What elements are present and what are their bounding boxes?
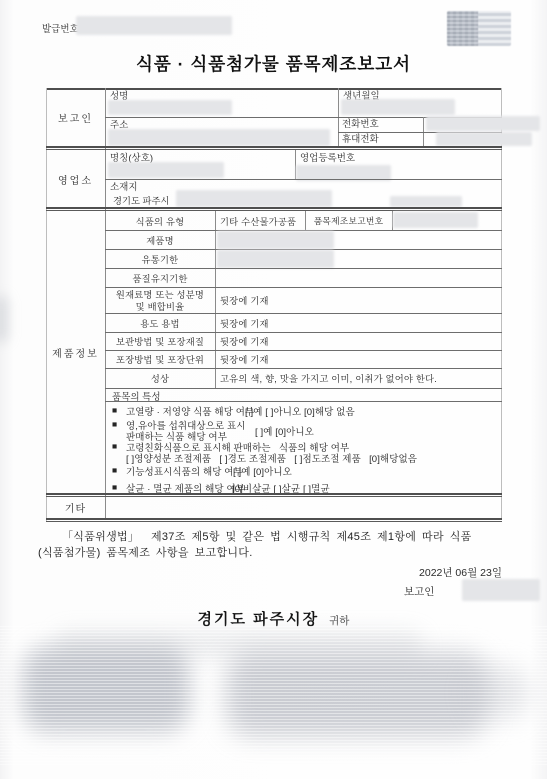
redacted-business-name	[108, 162, 224, 178]
business-location-label: 소재지	[110, 182, 138, 193]
ingredients-value: 뒷장에 기재	[215, 287, 415, 313]
characteristic-options: [ ]예 [ ]아니오 [0]해당 없음	[245, 404, 355, 418]
characteristic-options: [ ]예 [0]아니오	[233, 464, 292, 478]
shelf-life-label: 유통기한	[105, 249, 215, 268]
usage-label: 용도 용법	[105, 313, 215, 332]
redacted-report-number	[393, 212, 478, 228]
redacted-area	[470, 665, 530, 720]
table-border-line	[46, 88, 502, 90]
table-border-line	[105, 401, 502, 402]
bullet-square-icon: ■	[112, 441, 117, 451]
redacted-issue-number	[76, 16, 232, 35]
storage-value: 뒷장에 기재	[215, 332, 415, 350]
food-type-value: 기타 수산물가공품	[215, 211, 305, 230]
bullet-square-icon: ■	[112, 482, 117, 492]
reporter-phone-label: 전화번호	[342, 119, 379, 130]
characteristic-item: ■ 고령친화식품으로 표시해 판매하는 식품의 해당 여부 [ ]영양성분 조절…	[112, 440, 502, 464]
redacted-area	[226, 652, 488, 736]
redacted-address	[108, 129, 330, 146]
characteristic-options: [ ]예 [0]아니오	[255, 424, 314, 438]
quality-period-label: 품질유지기한	[105, 268, 215, 287]
table-border-line	[105, 179, 502, 180]
recipient-row: 경기도 파주시장 귀하	[0, 608, 547, 629]
declaration-line1: 「식품위생법」 제37조 제5항 및 같은 법 시행규칙 제45조 제1항에 따…	[62, 528, 472, 544]
redacted-shelf-life	[217, 250, 334, 268]
food-type-label: 식품의 유형	[105, 211, 215, 230]
section-divider	[46, 146, 502, 150]
packaging-value: 뒷장에 기재	[215, 350, 415, 368]
redacted-phone	[426, 116, 540, 131]
redacted-reporter-name	[108, 100, 232, 115]
official-stamp	[447, 11, 511, 46]
redacted-reporter-signature	[462, 579, 540, 601]
recipient-suffix: 귀하	[329, 613, 349, 628]
report-number-label: 품목제조보고번호	[305, 211, 392, 230]
issue-number-label: 발급번호	[42, 24, 79, 35]
redacted-area	[390, 196, 462, 207]
redacted-product-name	[217, 231, 334, 249]
appearance-value: 고유의 색, 향, 맛을 가지고 이미, 이취가 없어야 한다.	[215, 368, 501, 388]
bullet-square-icon: ■	[112, 405, 117, 415]
redacted-location	[176, 190, 332, 207]
characteristic-label: 고열량 · 저영양 식품 해당 여부	[126, 404, 254, 418]
redacted-area	[22, 646, 190, 732]
section-divider	[46, 493, 502, 497]
characteristic-item: ■ 고열량 · 저영양 식품 해당 여부 [ ]예 [ ]아니오 [0]해당 없…	[112, 404, 502, 418]
redacted-mobile	[436, 132, 532, 146]
document-title: 식품 · 식품첨가물 품목제조보고서	[0, 51, 547, 76]
bullet-square-icon: ■	[112, 419, 117, 429]
scan-smudge	[0, 296, 8, 342]
business-registration-label: 영업등록번호	[300, 153, 355, 164]
characteristic-item: ■ 기능성표시식품의 해당 여부 [ ]예 [0]아니오	[112, 464, 502, 478]
appearance-label: 성상	[105, 368, 215, 388]
reporter-group-label: 보고인	[46, 88, 105, 147]
packaging-label: 포장방법 및 포장단위	[105, 350, 215, 368]
business-location-value: 경기도 파주시	[113, 193, 169, 207]
scanned-document-page: 발급번호 식품 · 식품첨가물 품목제조보고서 보고인 성명 생년월일 주소 전…	[0, 0, 547, 779]
recipient-name: 경기도 파주시장	[198, 608, 320, 629]
stamp-left-half	[447, 11, 478, 46]
usage-value: 뒷장에 기재	[215, 313, 415, 332]
section-divider	[46, 518, 502, 522]
characteristic-item: ■ 영,유아를 섭취대상으로 표시 판매하는 식품 해당 여부 [ ]예 [0]…	[112, 418, 502, 442]
characteristic-options: [ ]영양성분 조절제품 [ ]경도 조절제품 [ ]점도조절 제품 [0]해당…	[126, 451, 417, 465]
declaration-line2: (식품첨가물) 품목제조 사항을 보고합니다.	[38, 544, 253, 560]
business-group-label: 영업소	[46, 150, 105, 208]
bullet-square-icon: ■	[112, 465, 117, 475]
redacted-birthdate	[341, 99, 455, 115]
table-border-line	[105, 388, 502, 389]
footer-reporter-label: 보고인	[404, 584, 434, 599]
storage-label: 보관방법 및 포장재질	[105, 332, 215, 350]
reporter-mobile-label: 휴대전화	[342, 134, 379, 145]
stamp-right-half	[478, 11, 511, 46]
report-date: 2022년 06월 23일	[330, 565, 502, 580]
etc-label: 기타	[46, 497, 105, 518]
product-group-label: 제품정보	[46, 211, 105, 494]
characteristic-label: 기능성표시식품의 해당 여부	[126, 464, 243, 478]
ingredients-label-line2: 및 배합비율	[105, 299, 215, 312]
product-name-label: 제품명	[105, 230, 215, 249]
